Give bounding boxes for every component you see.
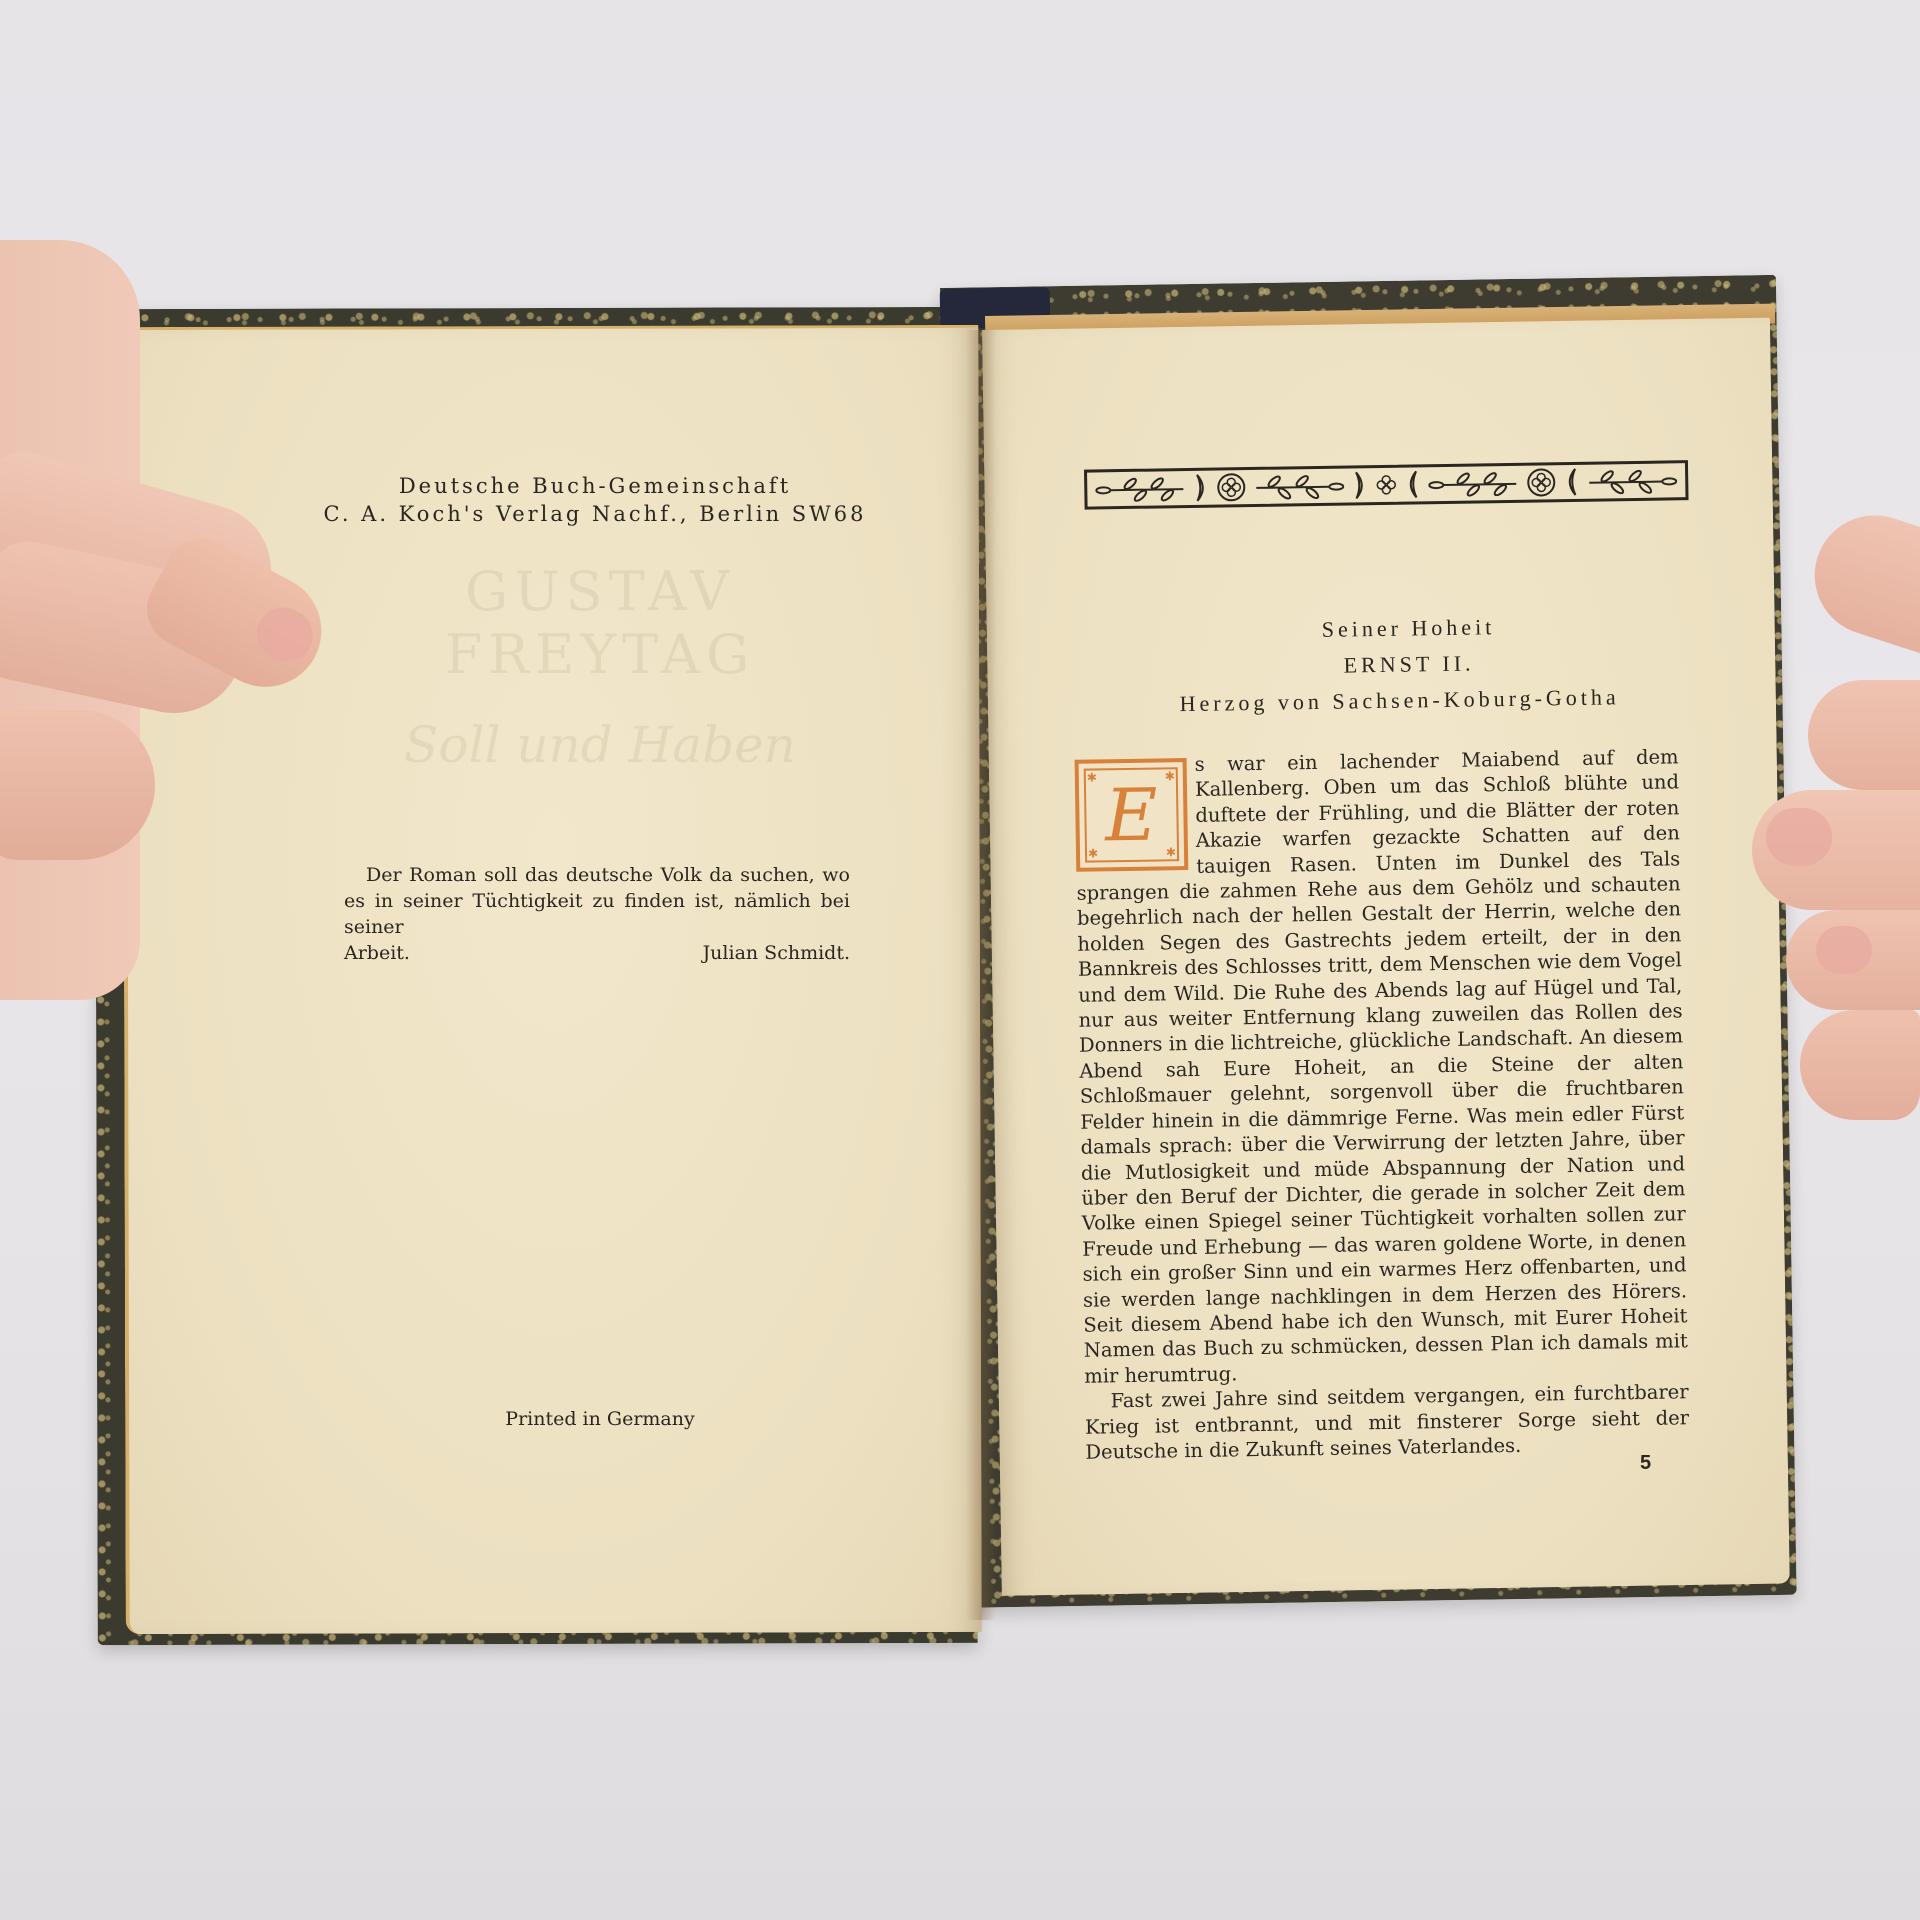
right-hand-finger [1799,500,1920,660]
epigraph-text: Der Roman soll das deutsche Volk da such… [344,862,850,940]
epigraph-attribution: Julian Schmidt. [703,940,850,966]
book-gutter [966,330,996,1620]
right-hand-finger [1808,680,1920,790]
quatrefoil-icon [1375,474,1397,496]
epigraph-final-line: Arbeit. Julian Schmidt. [344,940,850,966]
right-hand-finger [1800,1010,1920,1120]
paragraph-2: Fast zwei Jahre sind seitdem vergangen, … [1084,1379,1689,1465]
ghost-title: Soll und Haben [340,716,860,774]
page-number: 5 [1640,1452,1651,1475]
publisher-name: Deutsche Buch-Gemeinschaft [300,472,890,500]
crescent-icon [1353,470,1367,500]
vine-icon [1587,467,1677,494]
epigraph: Der Roman soll das deutsche Volk da such… [344,862,850,966]
crescent-icon [1194,473,1208,503]
rosette-icon [1526,467,1556,497]
thumbnail [248,598,322,670]
epigraph-last-word: Arbeit. [344,940,410,966]
left-ring-finger [0,710,155,860]
vine-icon [1428,470,1518,497]
crescent-icon [1405,469,1419,499]
publisher-imprint: Deutsche Buch-Gemeinschaft C. A. Koch's … [300,472,890,528]
crescent-icon [1564,467,1578,497]
dedication-heading: Seiner Hoheit ERNST II. Herzog von Sachs… [1062,606,1696,724]
printed-in-germany: Printed in Germany [400,1408,800,1430]
right-hand-finger [1786,910,1920,1010]
show-through-title: GUSTAV FREYTAG Soll und Haben [340,560,860,774]
fingernail [1766,808,1832,866]
ghost-author: GUSTAV FREYTAG [340,560,860,686]
vine-icon [1254,473,1344,500]
vine-icon [1095,475,1185,502]
right-hand-finger [1752,790,1920,910]
publisher-address: C. A. Koch's Verlag Nachf., Berlin SW68 [300,500,890,528]
dedication-page: Seiner Hoheit ERNST II. Herzog von Sachs… [1060,460,1708,1465]
illuminated-initial: ✱ ✱ ✱ ✱ E [1075,758,1189,872]
initial-letter: E [1084,767,1179,862]
fingernail [1816,926,1872,974]
dedication-body: ✱ ✱ ✱ ✱ E s war ein lachender Maiabend a… [1074,744,1689,1465]
rosette-icon [1216,472,1246,502]
ornamental-border [1084,460,1689,509]
